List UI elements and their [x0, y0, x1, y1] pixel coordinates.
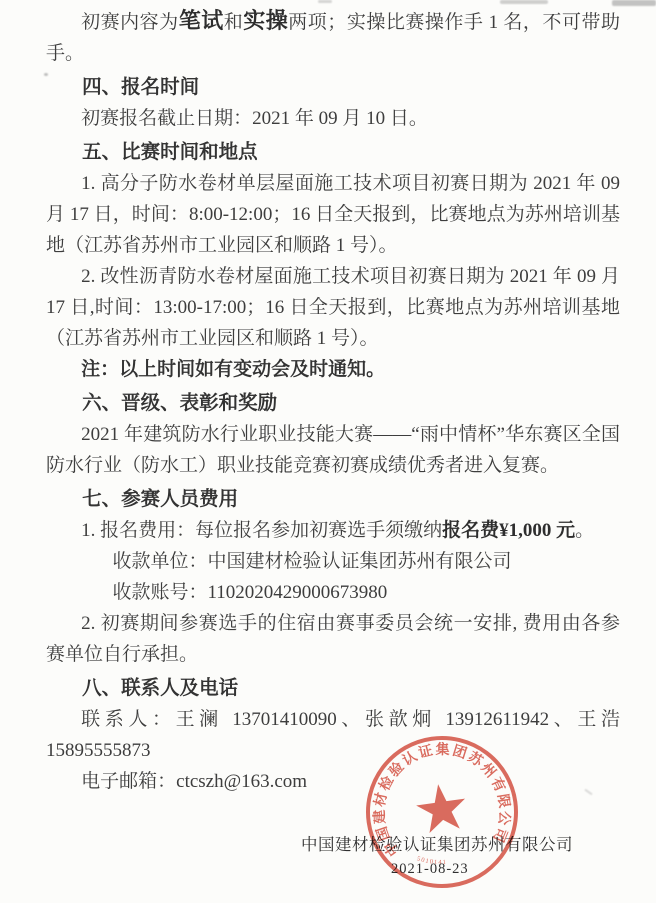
schedule-note: 注：以上时间如有变动会及时通知。 [46, 354, 620, 385]
seal-serial-number: 5010141 [415, 851, 448, 870]
section-4-heading: 四、报名时间 [46, 72, 620, 103]
intro-text-mid: 和 [224, 12, 244, 33]
fee-text-pre: 1. 报名费用：每位报名参加初赛选手须缴纳 [81, 520, 442, 541]
intro-emphasis-written-test: 笔试 [179, 8, 224, 33]
intro-emphasis-practical: 实操 [243, 8, 288, 33]
section-5-heading: 五、比赛时间和地点 [46, 137, 620, 168]
intro-text-pre: 初赛内容为 [81, 12, 179, 33]
seal-star-icon [414, 781, 469, 834]
official-seal: 中国建材检验认证集团苏州有限公司 5010141 [352, 722, 533, 903]
fee-text-post: 。 [575, 520, 594, 541]
document-body: 初赛内容为笔试和实操两项；实操比赛操作手 1 名，不可带助手。 四、报名时间 初… [0, 0, 656, 797]
email-line: 电子邮箱：ctcszh@163.com [46, 766, 620, 797]
section-6-heading: 六、晋级、表彰和奖励 [46, 388, 620, 419]
svg-text:5010141: 5010141 [415, 851, 448, 870]
section-8-heading: 八、联系人及电话 [46, 673, 620, 704]
promotion-paragraph: 2021 年建筑防水行业职业技能大赛——“雨中情杯”华东赛区全国防水行业（防水工… [46, 419, 620, 481]
scanned-document-page: 初赛内容为笔试和实操两项；实操比赛操作手 1 名，不可带助手。 四、报名时间 初… [0, 0, 656, 903]
accommodation-paragraph: 2. 初赛期间参赛选手的住宿由赛事委员会统一安排, 费用由各参赛单位自行承担。 [46, 608, 620, 670]
contacts-line: 联系人：王澜 13701410090、张歆炯 13912611942、王浩 15… [46, 704, 620, 766]
registration-deadline-line: 初赛报名截止日期：2021 年 09 月 10 日。 [46, 103, 620, 134]
fee-amount-emphasis: 报名费¥1,000 元 [442, 520, 575, 541]
fee-paragraph: 1. 报名费用：每位报名参加初赛选手须缴纳报名费¥1,000 元。 [46, 515, 620, 546]
account-number-line: 收款账号：1102020429000673980 [113, 577, 621, 608]
intro-paragraph: 初赛内容为笔试和实操两项；实操比赛操作手 1 名，不可带助手。 [46, 5, 620, 69]
payee-line: 收款单位：中国建材检验认证集团苏州有限公司 [113, 546, 621, 577]
competition-item-2: 2. 改性沥青防水卷材屋面施工技术项目初赛日期为 2021 年 09 月 17 … [46, 261, 620, 354]
section-7-heading: 七、参赛人员费用 [46, 484, 620, 515]
competition-item-1: 1. 高分子防水卷材单层屋面施工技术项目初赛日期为 2021 年 09 月 17… [46, 168, 620, 261]
